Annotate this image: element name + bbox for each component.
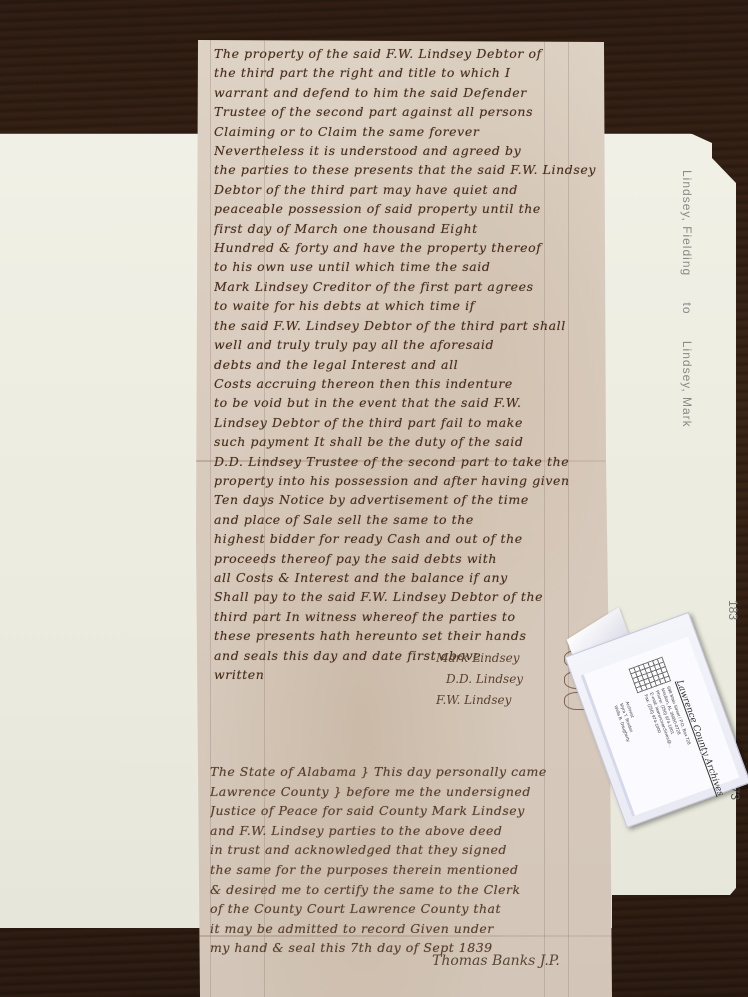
text-line: Debtor of the third part may have quiet …	[214, 180, 606, 199]
text-line: Claiming or to Claim the same forever	[214, 122, 606, 141]
text-line: property into his possession and after h…	[214, 471, 606, 490]
text-line: Shall pay to the said F.W. Lindsey Debto…	[214, 587, 606, 606]
text-line: and F.W. Lindsey parties to the above de…	[210, 821, 606, 841]
text-line: Costs accruing thereon then this indentu…	[214, 374, 606, 393]
text-line: Justice of Peace for said County Mark Li…	[210, 801, 606, 821]
folder-year: 183	[726, 600, 740, 620]
folder-tab-label: Lindsey, Fielding to Lindsey, Mark	[680, 170, 694, 450]
folder-label-grantee: Lindsey, Mark	[680, 341, 694, 428]
text-line: well and truly truly pay all the aforesa…	[214, 335, 606, 354]
folder-label-grantor: Lindsey, Fielding	[680, 170, 694, 276]
text-line: Lindsey Debtor of the third part fail to…	[214, 413, 606, 432]
text-line: & desired me to certify the same to the …	[210, 880, 606, 900]
text-line: such payment It shall be the duty of the…	[214, 432, 606, 451]
text-line: The State of Alabama } This day personal…	[210, 762, 606, 782]
text-line: the said F.W. Lindsey Debtor of the thir…	[214, 316, 606, 335]
signature-row: F.W. Lindsey	[436, 690, 596, 711]
text-line: to waite for his debts at which time if	[214, 296, 606, 315]
text-line: these presents hath hereunto set their h…	[214, 626, 606, 645]
indenture-text: The property of the said F.W. Lindsey De…	[214, 44, 606, 684]
text-line: highest bidder for ready Cash and out of…	[214, 529, 606, 548]
folder-label-to: to	[680, 303, 694, 315]
text-line: Lawrence County } before me the undersig…	[210, 782, 606, 802]
text-line: the same for the purposes therein mentio…	[210, 860, 606, 880]
text-line: to his own use until which time the said	[214, 257, 606, 276]
text-line: and place of Sale sell the same to the	[214, 510, 606, 529]
text-line: it may be admitted to record Given under	[210, 919, 606, 939]
text-line: D.D. Lindsey Trustee of the second part …	[214, 452, 606, 471]
text-line: of the County Court Lawrence County that	[210, 899, 606, 919]
text-line: Hundred & forty and have the property th…	[214, 238, 606, 257]
acknowledgment-text: The State of Alabama } This day personal…	[210, 762, 606, 958]
text-line: Mark Lindsey Creditor of the first part …	[214, 277, 606, 296]
text-line: The property of the said F.W. Lindsey De…	[214, 44, 606, 63]
text-line: the parties to these presents that the s…	[214, 160, 606, 179]
justice-signature: Thomas Banks J.P.	[432, 953, 560, 969]
text-line: first day of March one thousand Eight	[214, 219, 606, 238]
text-line: proceeds thereof pay the said debts with	[214, 549, 606, 568]
card-contacts: Archivist Myra T. Borden Wells B. Daughe…	[612, 701, 642, 743]
text-line: the third part the right and title to wh…	[214, 63, 606, 82]
text-line: in trust and acknowledged that they sign…	[210, 840, 606, 860]
text-line: all Costs & Interest and the balance if …	[214, 568, 606, 587]
text-line: peaceable possession of said property un…	[214, 199, 606, 218]
text-line: warrant and defend to him the said Defen…	[214, 83, 606, 102]
handwritten-indenture: The property of the said F.W. Lindsey De…	[196, 40, 612, 997]
text-line: third part In witness whereof the partie…	[214, 607, 606, 626]
text-line: Nevertheless it is understood and agreed…	[214, 141, 606, 160]
text-line: Ten days Notice by advertisement of the …	[214, 490, 606, 509]
text-line: to be void but in the event that the sai…	[214, 393, 606, 412]
text-line: Trustee of the second part against all p…	[214, 102, 606, 121]
text-line: debts and the legal Interest and all	[214, 355, 606, 374]
